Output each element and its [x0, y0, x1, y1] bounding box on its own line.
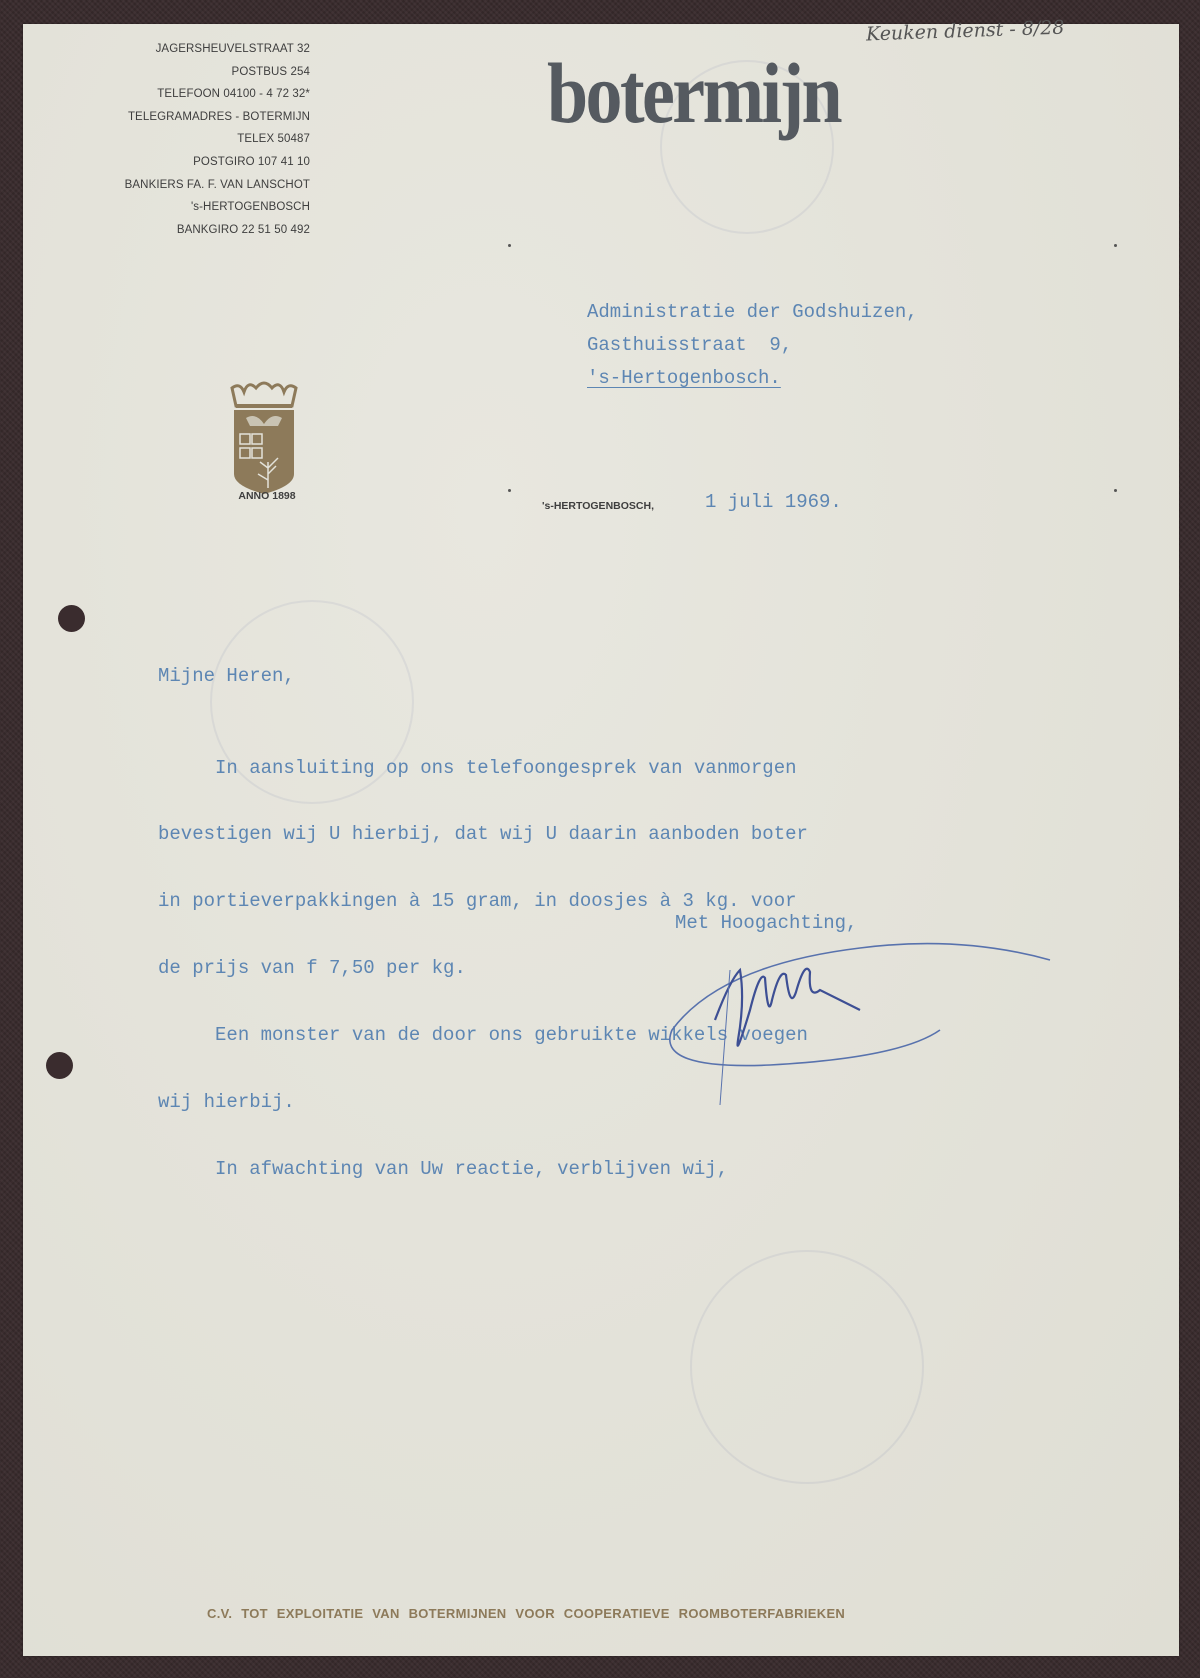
bankgiro-line: BANKGIRO 22 51 50 492 — [60, 219, 310, 242]
founded-year: ANNO 1898 — [227, 490, 307, 502]
body-line: In aansluiting op ons telefoongesprek va… — [158, 757, 808, 779]
telex-line: TELEX 50487 — [60, 128, 310, 151]
letterhead-contact-block: JAGERSHEUVELSTRAAT 32 POSTBUS 254 TELEFO… — [60, 38, 310, 241]
letterhead-footer: C.V. TOT EXPLOITATIE VAN BOTERMIJNEN VOO… — [207, 1606, 947, 1621]
salutation: Mijne Heren, — [158, 665, 295, 687]
recipient-street: Gasthuisstraat 9, — [587, 329, 918, 362]
guide-dot — [508, 489, 511, 492]
postgiro-line: POSTGIRO 107 41 10 — [60, 151, 310, 174]
postbus-line: POSTBUS 254 — [60, 61, 310, 84]
guide-dot — [508, 244, 511, 247]
recipient-name: Administratie der Godshuizen, — [587, 296, 918, 329]
body-line: In afwachting van Uw reactie, verblijven… — [158, 1158, 808, 1180]
body-line: bevestigen wij U hierbij, dat wij U daar… — [158, 823, 808, 845]
guide-dot — [1114, 244, 1117, 247]
recipient-city: 's-Hertogenbosch. — [587, 362, 918, 395]
handwritten-signature-icon — [660, 930, 1060, 1110]
punch-hole — [46, 1052, 73, 1079]
telegram-line: TELEGRAMADRES - BOTERMIJN — [60, 106, 310, 129]
telephone-line: TELEFOON 04100 - 4 72 32* — [60, 83, 310, 106]
body-line: in portieverpakkingen à 15 gram, in doos… — [158, 890, 808, 912]
place-label: 's-HERTOGENBOSCH, — [542, 500, 654, 512]
punch-hole — [58, 605, 85, 632]
recipient-address: Administratie der Godshuizen, Gasthuisst… — [587, 296, 918, 395]
bank-line: BANKIERS FA. F. VAN LANSCHOT — [60, 174, 310, 197]
faint-stamp — [690, 1250, 924, 1484]
coat-of-arms-icon — [228, 378, 308, 498]
guide-dot — [1114, 489, 1117, 492]
address-line: JAGERSHEUVELSTRAAT 32 — [60, 38, 310, 61]
brand-logo: botermijn — [547, 50, 840, 136]
bank-city-line: 's-HERTOGENBOSCH — [60, 196, 310, 219]
letter-date: 1 juli 1969. — [705, 491, 842, 513]
